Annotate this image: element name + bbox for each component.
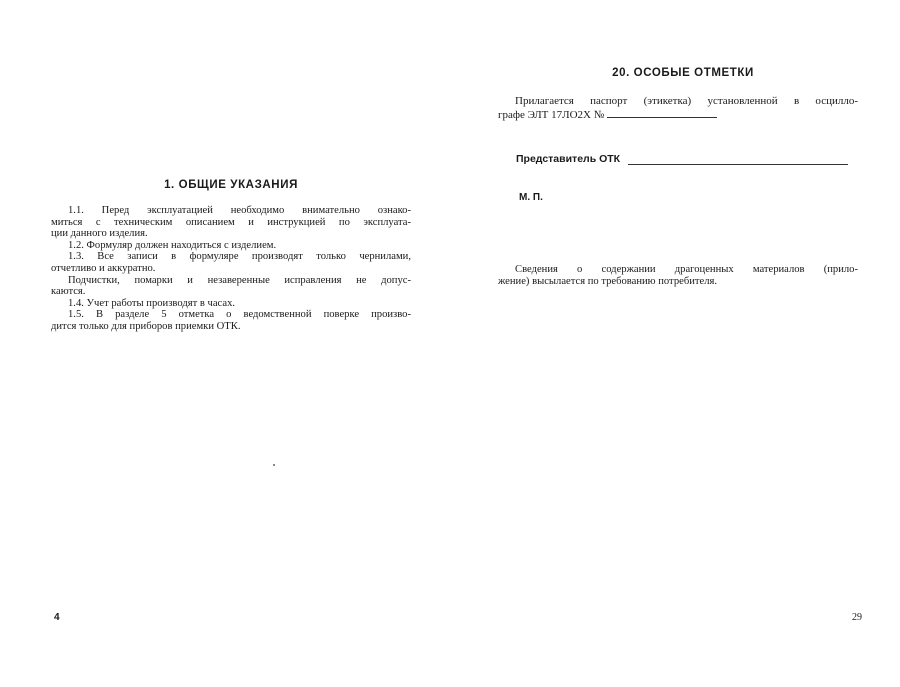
passport-text: Прилагается паспорт (этикетка) установле… xyxy=(498,95,858,121)
text-line: Прилагается паспорт (этикетка) установле… xyxy=(498,95,858,108)
stamp-place-label: М. П. xyxy=(519,192,543,203)
serial-number-blank xyxy=(607,108,717,118)
right-page: 20. ОСОБЫЕ ОТМЕТКИ Прилагается паспорт (… xyxy=(450,0,900,687)
text-line: 1.5. В разделе 5 отметка о ведомственной… xyxy=(51,309,411,321)
precious-materials-text: Сведения о содержании драгоценных матери… xyxy=(498,264,858,288)
text-line: ции данного изделия. xyxy=(51,228,411,240)
otk-representative-row: Представитель ОТК xyxy=(516,153,848,165)
left-page: 1. ОБЩИЕ УКАЗАНИЯ 1.1. Перед эксплуатаци… xyxy=(0,0,450,687)
text-line: 1.3. Все записи в формуляре производят т… xyxy=(51,251,411,263)
text-line: отчетливо и аккуратно. xyxy=(51,263,411,275)
section-heading-special-notes: 20. ОСОБЫЕ ОТМЕТКИ xyxy=(508,67,858,79)
text-line: дится только для приборов приемки ОТК. xyxy=(51,321,411,333)
passport-line2-label: графе ЭЛТ 17ЛО2Х № xyxy=(498,109,604,121)
text-line: 1.4. Учет работы производят в часах. xyxy=(51,298,411,310)
text-line: графе ЭЛТ 17ЛО2Х № xyxy=(498,108,858,122)
otk-signature-blank xyxy=(628,155,848,165)
otk-label: Представитель ОТК xyxy=(516,153,620,165)
text-line: 1.2. Формуляр должен находиться с издели… xyxy=(51,240,411,252)
page-number-right: 29 xyxy=(852,612,862,623)
scan-speck xyxy=(273,464,275,466)
text-line: Подчистки, помарки и незаверенные исправ… xyxy=(51,275,411,287)
section-heading-general-instructions: 1. ОБЩИЕ УКАЗАНИЯ xyxy=(51,179,411,191)
page-number-left: 4 xyxy=(54,612,60,623)
text-line: жение) высылается по требованию потребит… xyxy=(498,276,858,288)
general-instructions-text: 1.1. Перед эксплуатацией необходимо вним… xyxy=(51,205,411,333)
text-line: 1.1. Перед эксплуатацией необходимо вним… xyxy=(51,205,411,217)
text-line: миться с техническим описанием и инструк… xyxy=(51,217,411,229)
text-line: Сведения о содержании драгоценных матери… xyxy=(498,264,858,276)
text-line: каются. xyxy=(51,286,411,298)
